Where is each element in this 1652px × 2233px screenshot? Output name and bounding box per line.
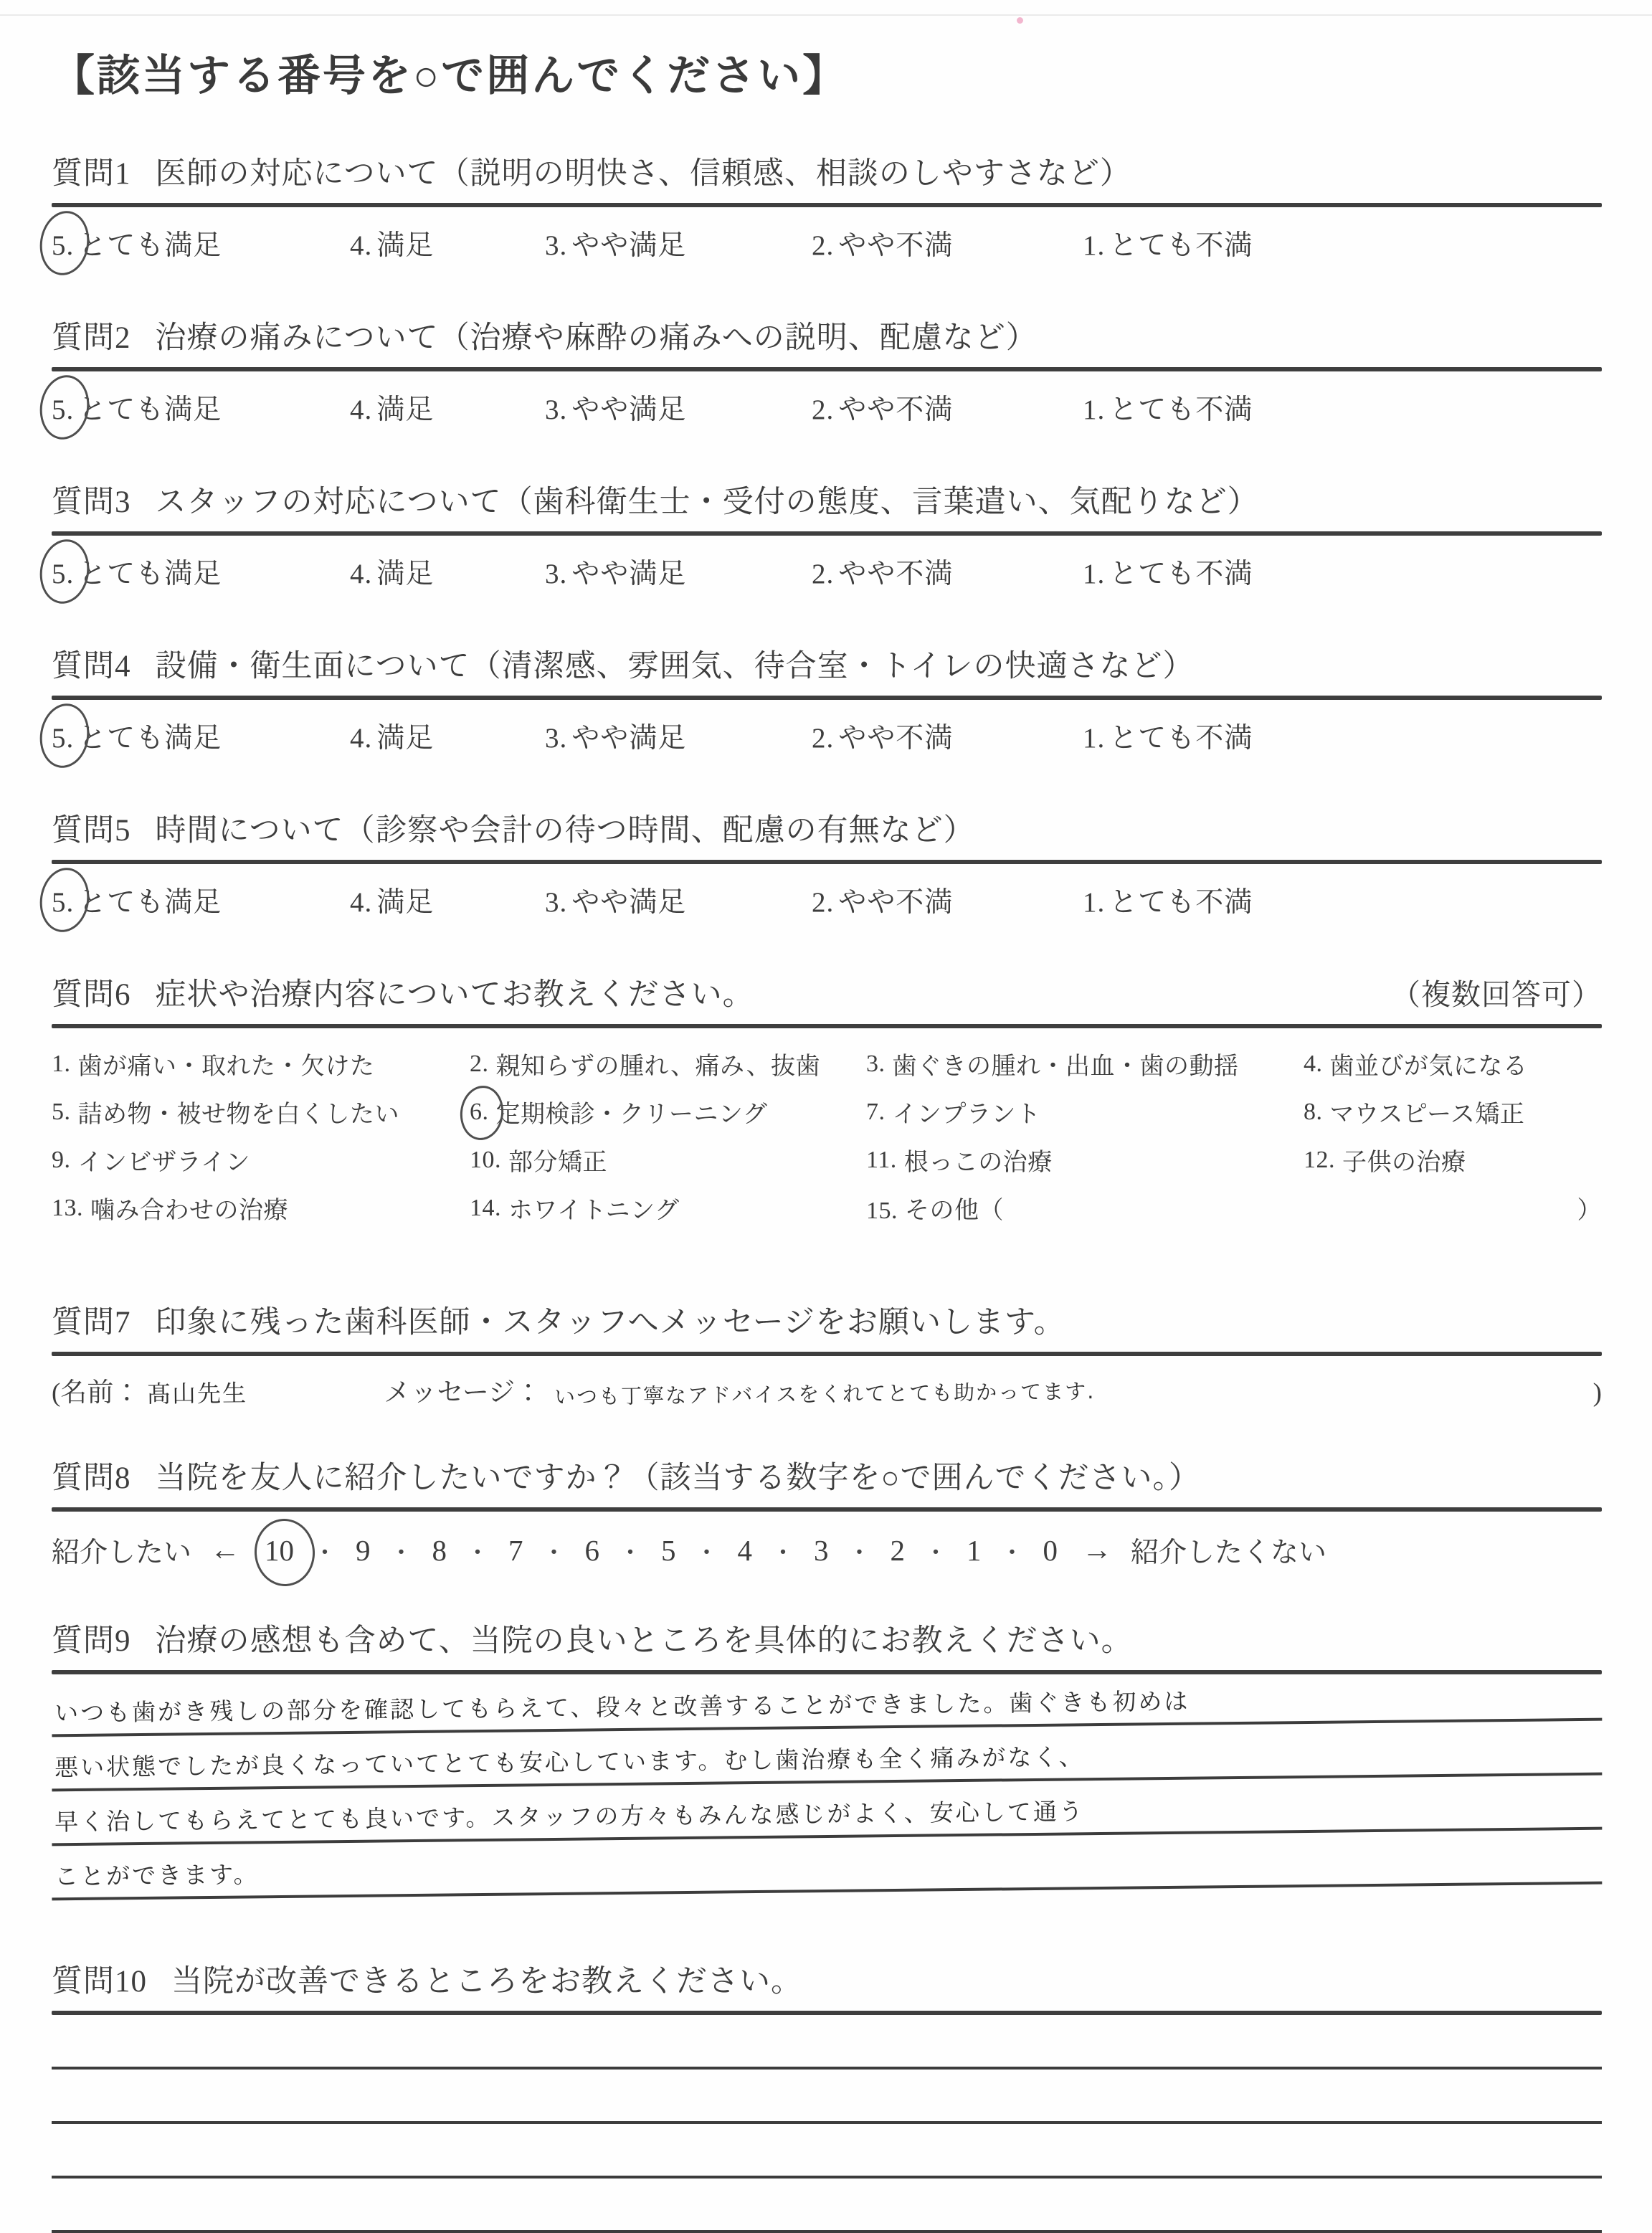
- symptom-option-13: 13.噛み合わせの治療: [52, 1184, 470, 1232]
- symptom-options-grid: 1.歯が痛い・取れた・欠けた 2.親知らずの腫れ、痛み、抜歯 3.歯ぐきの腫れ・…: [52, 1028, 1602, 1232]
- symptom-option-10: 10.部分矯正: [470, 1136, 866, 1184]
- rating-options-row: 5.とても満足 4.満足 3.やや満足 2.やや不満 1.とても不満: [52, 536, 1602, 592]
- question-text: 印象に残った歯科医師・スタッフへメッセージをお願いします。: [156, 1298, 1603, 1342]
- symptom-option-14: 14.ホワイトニング: [470, 1184, 866, 1232]
- question-text: 治療の痛みについて（治療や麻酔の痛みへの説明、配慮など）: [156, 313, 1603, 357]
- scan-artifact-pink-dot: [1017, 17, 1023, 24]
- question-section-9: 質問9 治療の感想も含めて、当院の良いところを具体的にお教えください。 いつも歯…: [52, 1616, 1602, 1892]
- question-2-header: 質問2 治療の痛みについて（治療や麻酔の痛みへの説明、配慮など）: [52, 313, 1602, 357]
- question-section-8: 質問8 当院を友人に紹介したいですか？（該当する数字を○で囲んでください。） 紹…: [52, 1454, 1602, 1570]
- survey-form-page: 【該当する番号を○で囲んでください】 質問1 医師の対応について（説明の明快さ、…: [0, 0, 1652, 2233]
- rating-option-4: 4.満足: [350, 387, 545, 427]
- rating-option-2: 2.やや不満: [812, 223, 1083, 263]
- blank-answer-line-4: [52, 2179, 1602, 2233]
- rating-option-1: 1.とても不満: [1083, 551, 1253, 592]
- question-section-6: 質問6 症状や治療内容についてお教えください。 （複数回答可） 1.歯が痛い・取…: [52, 970, 1602, 1232]
- name-label: (名前：: [52, 1370, 140, 1409]
- rating-options-row: 5.とても満足 4.満足 3.やや満足 2.やや不満 1.とても不満: [52, 864, 1602, 920]
- rating-options-row: 5.とても満足 4.満足 3.やや満足 2.やや不満 1.とても不満: [52, 700, 1602, 756]
- question-section-10: 質問10 当院が改善できるところをお教えください。: [52, 1957, 1602, 2233]
- question-section-7: 質問7 印象に残った歯科医師・スタッフへメッセージをお願いします。 (名前： 髙…: [52, 1298, 1602, 1409]
- rating-option-3: 3.やや満足: [545, 880, 812, 920]
- rating-option-1: 1.とても不満: [1083, 387, 1253, 427]
- symptom-option-12: 12.子供の治療: [1304, 1136, 1602, 1184]
- scale-number-7: 7: [505, 1533, 526, 1568]
- survey-title: 【該当する番号を○で囲んでください】: [52, 42, 1602, 103]
- symptom-option-3: 3.歯ぐきの腫れ・出血・歯の動揺: [866, 1040, 1304, 1088]
- symptom-option-15-other: 15.その他（ ）: [866, 1184, 1602, 1232]
- scale-number-4: 4: [735, 1533, 756, 1568]
- symptom-option-7: 7.インプラント: [866, 1088, 1304, 1136]
- symptom-option-11: 11.根っこの治療: [866, 1136, 1304, 1184]
- question-number: 質問2: [52, 313, 131, 357]
- rating-option-5: 5.とても満足: [52, 716, 350, 756]
- rating-option-1: 1.とても不満: [1083, 223, 1253, 263]
- question-4-header: 質問4 設備・衛生面について（清潔感、雰囲気、待合室・トイレの快適さなど）: [52, 642, 1602, 686]
- scale-number-5: 5: [658, 1533, 679, 1568]
- nps-scale-row: 紹介したい ← 10・ 9・ 8・ 7・ 6・ 5・ 4・ 3・ 2・ 1・ 0…: [52, 1512, 1602, 1570]
- blank-answer-line-2: [52, 2070, 1602, 2124]
- rating-option-4: 4.満足: [350, 223, 545, 263]
- rating-option-2: 2.やや不満: [812, 716, 1083, 756]
- question-text: 当院が改善できるところをお教えください。: [171, 1957, 1602, 2001]
- blank-answer-line-3: [52, 2124, 1602, 2179]
- question-number: 質問7: [52, 1298, 131, 1342]
- message-label: メッセージ：: [384, 1370, 541, 1409]
- scale-number-0: 0: [1040, 1533, 1061, 1568]
- scale-number-1: 1: [964, 1533, 984, 1568]
- scale-number-6: 6: [582, 1533, 603, 1568]
- scale-number-9: 9: [353, 1533, 374, 1568]
- question-8-header: 質問8 当院を友人に紹介したいですか？（該当する数字を○で囲んでください。）: [52, 1454, 1602, 1497]
- left-arrow-icon: ←: [210, 1533, 240, 1568]
- symptom-option-8: 8.マウスピース矯正: [1304, 1088, 1602, 1136]
- question-1-header: 質問1 医師の対応について（説明の明快さ、信頼感、相談のしやすさなど）: [52, 149, 1602, 193]
- rating-option-4: 4.満足: [350, 551, 545, 592]
- other-close-paren: ）: [1577, 1190, 1603, 1225]
- question-9-header: 質問9 治療の感想も含めて、当院の良いところを具体的にお教えください。: [52, 1616, 1602, 1660]
- rating-option-1: 1.とても不満: [1083, 880, 1253, 920]
- symptom-option-9: 9.インビザライン: [52, 1136, 470, 1184]
- right-arrow-icon: →: [1082, 1533, 1112, 1568]
- rating-option-2: 2.やや不満: [812, 387, 1083, 427]
- symptom-option-4: 4.歯並びが気になる: [1304, 1040, 1602, 1088]
- question-section-5: 質問5 時間について（診察や会計の待つ時間、配慮の有無など） 5.とても満足 4…: [52, 806, 1602, 920]
- question-section-1: 質問1 医師の対応について（説明の明快さ、信頼感、相談のしやすさなど） 5.とて…: [52, 149, 1602, 263]
- rating-option-5: 5.とても満足: [52, 551, 350, 592]
- question-text: スタッフの対応について（歯科衛生士・受付の態度、言葉遣い、気配りなど）: [156, 478, 1603, 521]
- handwritten-name-value: 髙山先生: [147, 1373, 355, 1409]
- blank-answer-line-1: [52, 2015, 1602, 2070]
- scale-number-3: 3: [811, 1533, 832, 1568]
- question-number: 質問6: [52, 970, 131, 1014]
- question-number: 質問8: [52, 1454, 131, 1497]
- rating-option-4: 4.満足: [350, 880, 545, 920]
- question-section-2: 質問2 治療の痛みについて（治療や麻酔の痛みへの説明、配慮など） 5.とても満足…: [52, 313, 1602, 427]
- rating-option-5: 5.とても満足: [52, 223, 350, 263]
- question-number: 質問3: [52, 478, 131, 521]
- symptom-option-2: 2.親知らずの腫れ、痛み、抜歯: [470, 1040, 866, 1088]
- rating-option-3: 3.やや満足: [545, 223, 812, 263]
- rating-option-5: 5.とても満足: [52, 387, 350, 427]
- question-text: 症状や治療内容についてお教えください。: [156, 970, 1392, 1014]
- question-text: 設備・衛生面について（清潔感、雰囲気、待合室・トイレの快適さなど）: [156, 642, 1603, 686]
- scale-number-2: 2: [888, 1533, 908, 1568]
- rating-option-2: 2.やや不満: [812, 551, 1083, 592]
- question-text: 医師の対応について（説明の明快さ、信頼感、相談のしやすさなど）: [156, 149, 1603, 193]
- rating-option-1: 1.とても不満: [1083, 716, 1253, 756]
- symptom-option-1: 1.歯が痛い・取れた・欠けた: [52, 1040, 470, 1088]
- rating-option-3: 3.やや満足: [545, 716, 812, 756]
- scale-left-label: 紹介したい: [52, 1530, 191, 1570]
- question-number: 質問1: [52, 149, 131, 193]
- question-section-3: 質問3 スタッフの対応について（歯科衛生士・受付の態度、言葉遣い、気配りなど） …: [52, 478, 1602, 592]
- rating-option-2: 2.やや不満: [812, 880, 1083, 920]
- scan-artifact-line: [0, 14, 1652, 16]
- rating-options-row: 5.とても満足 4.満足 3.やや満足 2.やや不満 1.とても不満: [52, 371, 1602, 427]
- close-paren: ): [1593, 1378, 1602, 1408]
- question-number: 質問10: [52, 1957, 147, 2001]
- scale-number-8: 8: [429, 1533, 450, 1568]
- handwritten-message-value: いつも丁寧なアドバイスをくれてとても助かってます.: [554, 1375, 1096, 1411]
- question-5-header: 質問5 時間について（診察や会計の待つ時間、配慮の有無など）: [52, 806, 1602, 850]
- scale-numbers: 10・ 9・ 8・ 7・ 6・ 5・ 4・ 3・ 2・ 1・ 0: [262, 1533, 1060, 1568]
- scale-number-10-selected: 10: [262, 1533, 297, 1568]
- question-text: 当院を友人に紹介したいですか？（該当する数字を○で囲んでください。）: [156, 1454, 1603, 1497]
- rating-option-4: 4.満足: [350, 716, 545, 756]
- symptom-option-6-selected: 6.定期検診・クリーニング: [470, 1088, 866, 1136]
- multiple-answers-note: （複数回答可）: [1391, 971, 1602, 1013]
- question-number: 質問5: [52, 806, 131, 850]
- symptom-option-5: 5.詰め物・被せ物を白くしたい: [52, 1088, 470, 1136]
- question-text: 時間について（診察や会計の待つ時間、配慮の有無など）: [156, 806, 1603, 850]
- question-number: 質問4: [52, 642, 131, 686]
- scale-right-label: 紹介したくない: [1131, 1530, 1326, 1570]
- rating-options-row: 5.とても満足 4.満足 3.やや満足 2.やや不満 1.とても不満: [52, 207, 1602, 263]
- question-text: 治療の感想も含めて、当院の良いところを具体的にお教えください。: [156, 1616, 1603, 1660]
- question-number: 質問9: [52, 1616, 131, 1660]
- question-3-header: 質問3 スタッフの対応について（歯科衛生士・受付の態度、言葉遣い、気配りなど）: [52, 478, 1602, 521]
- rating-option-3: 3.やや満足: [545, 551, 812, 592]
- rating-option-5: 5.とても満足: [52, 880, 350, 920]
- message-answer-row: (名前： 髙山先生 メッセージ： いつも丁寧なアドバイスをくれてとても助かってま…: [52, 1356, 1602, 1409]
- question-section-4: 質問4 設備・衛生面について（清潔感、雰囲気、待合室・トイレの快適さなど） 5.…: [52, 642, 1602, 756]
- question-6-header: 質問6 症状や治療内容についてお教えください。 （複数回答可）: [52, 970, 1602, 1014]
- question-7-header: 質問7 印象に残った歯科医師・スタッフへメッセージをお願いします。: [52, 1298, 1602, 1342]
- rating-option-3: 3.やや満足: [545, 387, 812, 427]
- question-10-header: 質問10 当院が改善できるところをお教えください。: [52, 1957, 1602, 2001]
